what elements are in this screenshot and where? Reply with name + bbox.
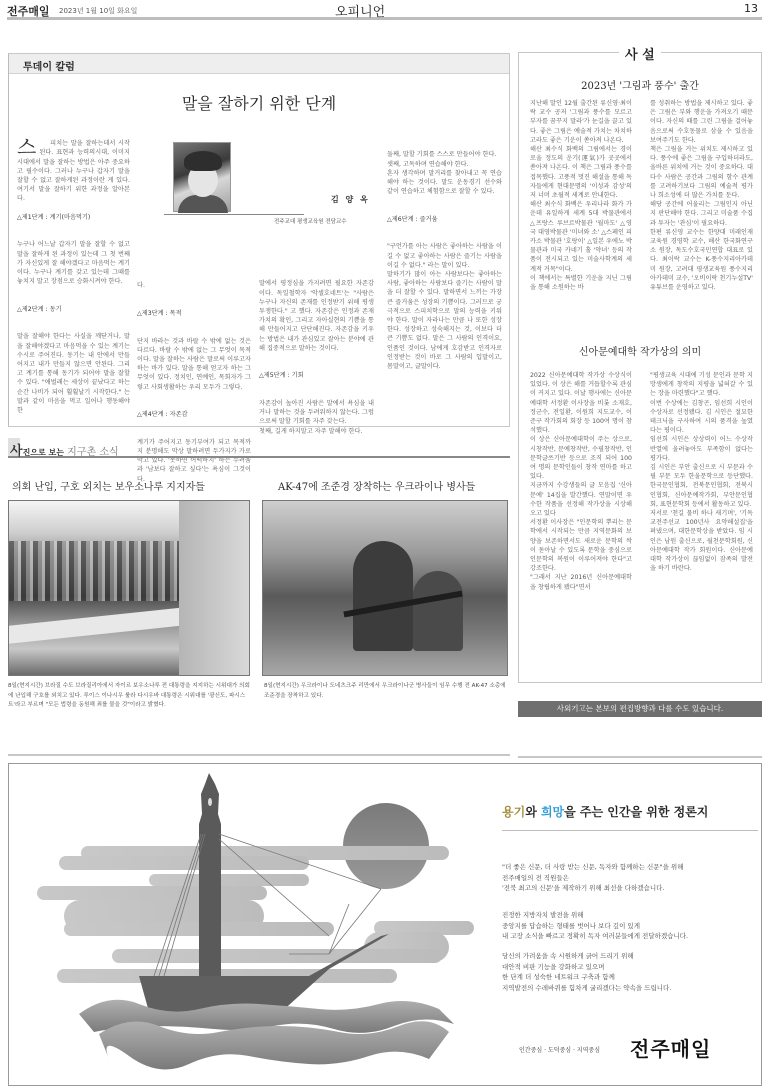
divider [502,830,758,831]
editorial-label: 사 설 [619,44,661,63]
ship-illustration [9,764,509,1086]
author-photo [173,142,231,212]
dropcap: 스 [17,139,36,156]
news-photo [8,500,250,676]
issue-date: 2023년 1월 10일 화요일 [59,6,137,16]
subheading: △제6단계 : 즐거움 [387,215,502,224]
ad-headline: 용기와 희망을 주는 인간을 위한 정론지 [502,803,708,820]
subheading: △제2단계 : 동기 [17,305,130,314]
column-label: 투데이 칼럼 [9,54,509,74]
section-title: 오피니언 [335,1,385,20]
editorial-title: 신아문예대학 작가상의 의미 [519,343,761,358]
disclaimer-banner: 사외기고는 본보의 편집방향과 다를 수도 있습니다. [518,701,762,717]
newspaper-logo-large: 전주매일 [630,1033,711,1062]
subheading: △제4단계 : 자존감 [137,410,251,419]
column-text-col1: 스피치는 말을 잘하는데서 시작된다. 표현과 능력의시대, 이미지시대에서 말… [17,130,130,434]
divider [164,214,304,215]
ad-paragraph: "더 좋은 신문, 더 사랑 받는 신문, 독자와 함께하는 신문"을 위해 전… [502,862,762,894]
column-text-col2: 다. △제3단계 : 목적 단지 바라는 것과 바랄 수 밖에 없는 것은 다르… [137,263,251,502]
column-title: 말을 잘하기 위한 단계 [9,91,509,114]
editorial-text: 2022 신아문예대학 작가상 수상식이 있었다. 이 상은 해를 거듭할수록 … [530,371,632,592]
author-role: 전주교대 평생교육원 전담교수 [274,217,347,225]
newspaper-logo: 전주매일 [7,3,50,19]
subheading: △제5단계 : 기회 [259,371,374,380]
subheading: △제3단계 : 목적 [137,309,251,318]
author-name: 김 양 옥 [331,194,370,205]
editorial-text: 지난해 말인 12월 출간된 류신영·최이락 교수 공저 '그림과 풍수를 모르… [530,99,632,292]
editorial-text: 를 성취하는 방법을 제시하고 있다. 좋은 그림은 부와 행운을 가져오기 때… [650,99,753,292]
photo-caption: 8일(현지시간) 브라질 수도 브라질리아에서 자이르 보우소나루 전 대통령을… [8,682,253,711]
today-column: 투데이 칼럼 말을 잘하기 위한 단계 스피치는 말을 잘하는데서 시작된다. … [8,53,510,427]
photo-news-header: 사진으로 보는 지구촌 소식 [8,438,510,458]
editorial-text: "평생교육 시대에 기성 문인과 문학 지망생에게 창작의 지평을 넓혀갈 수 … [650,371,753,573]
editorial-title: 2023년 '그림과 풍수' 출간 [519,77,761,92]
editorial-box: 사 설 2023년 '그림과 풍수' 출간 지난해 말인 12월 출간된 류신영… [518,52,762,683]
divider [8,754,510,756]
column-text-col4: 둘째, 말할 기회를 스스로 만들어야 한다. 셋째, 고독하며 연습해야 한다… [387,132,502,390]
ad-paragraph: 진정한 지방자치 발전을 위해 중앙지를 답습하는 형태를 벗어나 보다 깊이 … [502,910,762,942]
divider [518,756,762,758]
news-photo [262,500,508,676]
photo-news-title: 의회 난입, 구호 외치는 보우소나루 지지자들 [12,478,205,493]
photo-caption: 8일(현지시간) 우크라이나 도네츠크주 리만에서 우크라이나군 병사들이 임무… [264,682,509,701]
column-text-col3: 말에서 평정심을 가지려면 필요한 자존감이다. 독일철학자 '악셀호네트'는 … [259,261,374,454]
page-number: 13 [744,2,758,15]
ad-slogan: 인간중심 · 도덕중심 · 지역중심 [519,1045,600,1054]
ad-paragraph: 당신의 가려움을 속 시원하게 긁어 드리기 위해 대안적 비판 기능을 강화하… [502,951,762,993]
page-header: 전주매일 2023년 1월 10일 화요일 오피니언 13 [7,0,762,20]
section-initial: 사 [10,444,23,459]
subheading: △제1단계 : 계기(마음먹기) [17,213,130,222]
photo-news-title: AK-47에 조준경 장착하는 우크라이나 병사들 [278,478,475,493]
